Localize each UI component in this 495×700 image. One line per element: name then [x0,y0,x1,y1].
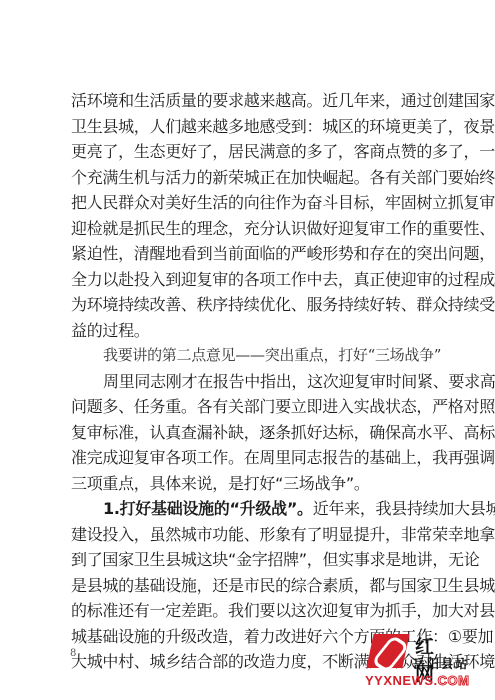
text-line: 建设投入，虽然城市功能、形象有了明显提升，非常荣幸地拿 [71,522,433,548]
text-line: 把人民群众对美好生活的向往作为奋斗目标，牢固树立抓复审 [71,190,433,216]
text-line: 到了国家卫生县城这块“金字招牌”，但实事求是地讲，无论 [71,547,433,573]
subheading-text: 近年来，我县持续加大县城 [313,499,495,518]
section-heading: 我要讲的第二点意见——突出重点，打好“三场战争” [71,343,433,369]
text-line: 益的过程。 [71,318,433,344]
text-line: 三项重点，具体来说，是打好“三场战争”。 [71,471,433,497]
text-line: 更亮了，生态更好了，居民满意的多了，客商点赞的多了，一 [71,139,433,165]
logo-url-main: YYXNEWS. [365,673,438,688]
text-line: 是县城的基础设施，还是市民的综合素质，都与国家卫生县城 [71,573,433,599]
subheading-line: 1.打好基础设施的“升级战”。近年来，我县持续加大县城 [71,496,433,522]
page-number: 8 [70,648,76,659]
text-line: 紧迫性，清醒地看到当前面临的严峻形势和存在的突出问题， [71,241,433,267]
hong-logo-icon [366,634,409,668]
logo-url-tld: COM [438,673,470,688]
text-line: 活环境和生活质量的要求越来越高。近几年来，通过创建国家 [71,88,433,114]
text-line: 为环境持续改善、秩序持续优化、服务持续好转、群众持续受 [71,292,433,318]
subheading-title: 1.打好基础设施的“升级战”。 [103,499,313,518]
document-page: 活环境和生活质量的要求越来越高。近几年来，通过创建国家 卫生县城，人们越来越多地… [71,88,433,675]
text-line: 周里同志刚才在报告中指出，这次迎复审时间紧、要求高、 [71,369,433,395]
logo-url: YYXNEWS.COM [365,673,469,688]
text-line: 准完成迎复审各项工作。在周里同志报告的基础上，我再强调 [71,445,433,471]
text-line: 卫生县城，人们越来越多地感受到：城区的环境更美了，夜景 [71,114,433,140]
text-line: 个充满生机与活力的新荣城正在加快崛起。各有关部门要始终 [71,165,433,191]
text-line: 的标准还有一定差距。我们要以这次迎复审为抓手，加大对县 [71,598,433,624]
text-line: 全力以赴投入到迎复审的各项工作中去，真正使迎审的过程成 [71,267,433,293]
logo-station: 岳阳县站 [413,655,469,672]
watermark-logo: 红 网 岳阳县站 YYXNEWS.COM [365,632,490,692]
text-line: 复审标准，认真查漏补缺，逐条抓好达标，确保高水平、高标 [71,420,433,446]
text-line: 迎检就是抓民生的理念，充分认识做好迎复审工作的重要性、 [71,216,433,242]
text-line: 问题多、任务重。各有关部门要立即进入实战状态，严格对照 [71,394,433,420]
